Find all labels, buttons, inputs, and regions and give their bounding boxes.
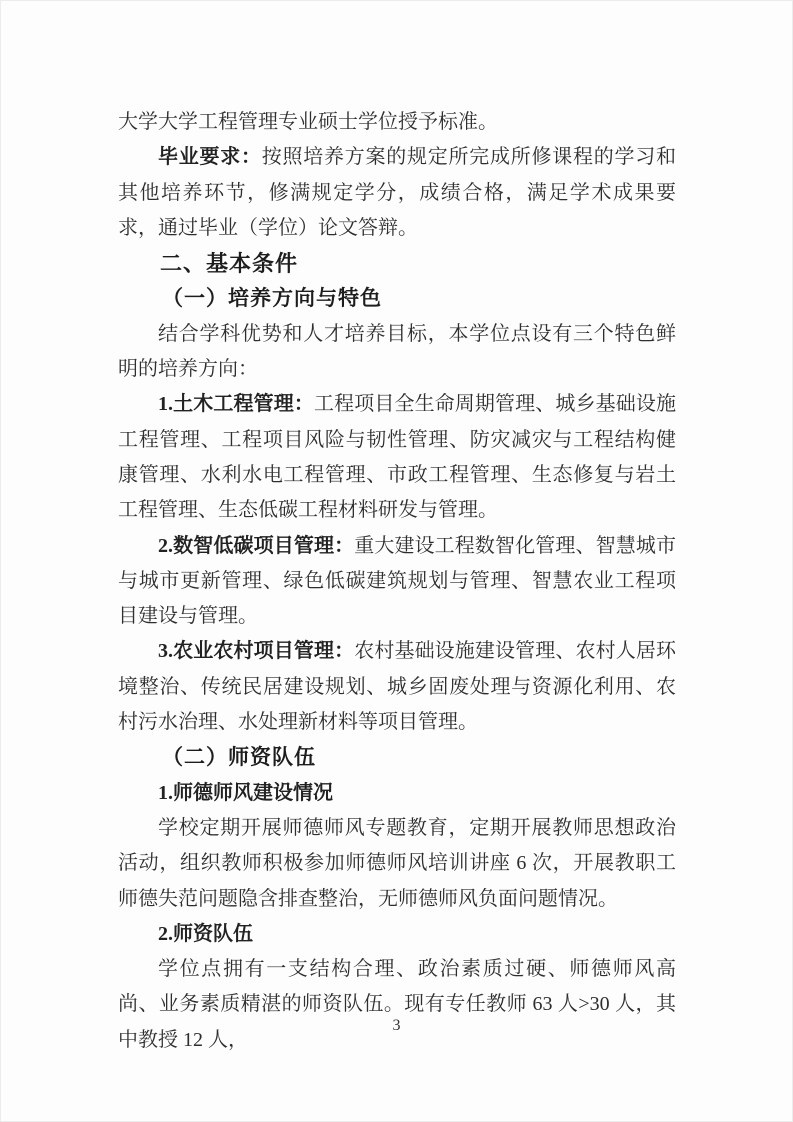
page-content: 大学大学工程管理专业硕士学位授予标准。 毕业要求：按照培养方案的规定所完成所修课… bbox=[118, 105, 676, 1058]
paragraph-teacher-ethics: 学校定期开展师德师风专题教育，定期开展教师思想政治活动，组织教师积极参加师德师风… bbox=[118, 811, 676, 917]
paragraph-direction-intro: 结合学科优势和人才培养目标，本学位点设有三个特色鲜明的培养方向： bbox=[118, 317, 676, 388]
paragraph-faculty-composition: 学位点拥有一支结构合理、政治素质过硬、师德师风高尚、业务素质精湛的师资队伍。现有… bbox=[118, 952, 676, 1058]
page-number: 3 bbox=[0, 1016, 793, 1036]
digital-lowcarbon-label: 2.数智低碳项目管理： bbox=[158, 535, 354, 557]
paragraph-digital-lowcarbon: 2.数智低碳项目管理：重大建设工程数智化管理、智慧城市与城市更新管理、绿色低碳建… bbox=[118, 529, 676, 635]
heading-teacher-ethics: 1.师德师风建设情况 bbox=[118, 776, 676, 811]
heading-basic-conditions: 二、基本条件 bbox=[118, 246, 676, 281]
paragraph-agriculture-rural: 3.农业农村项目管理：农村基础设施建设管理、农村人居环境整治、传统民居建设规划、… bbox=[118, 634, 676, 740]
civil-engineering-label: 1.土木工程管理： bbox=[158, 393, 314, 415]
document-page: 大学大学工程管理专业硕士学位授予标准。 毕业要求：按照培养方案的规定所完成所修课… bbox=[0, 0, 793, 1122]
heading-faculty-team: （二）师资队伍 bbox=[118, 740, 676, 775]
agriculture-rural-label: 3.农业农村项目管理： bbox=[158, 640, 354, 662]
paragraph-civil-engineering: 1.土木工程管理：工程项目全生命周期管理、城乡基础设施工程管理、工程项目风险与韧… bbox=[118, 387, 676, 528]
heading-faculty-composition: 2.师资队伍 bbox=[118, 917, 676, 952]
graduation-requirements-label: 毕业要求： bbox=[158, 146, 262, 168]
paragraph-degree-standard: 大学大学工程管理专业硕士学位授予标准。 bbox=[118, 105, 676, 140]
paragraph-graduation-requirements: 毕业要求：按照培养方案的规定所完成所修课程的学习和其他培养环节，修满规定学分，成… bbox=[118, 140, 676, 246]
heading-training-direction: （一）培养方向与特色 bbox=[118, 281, 676, 316]
